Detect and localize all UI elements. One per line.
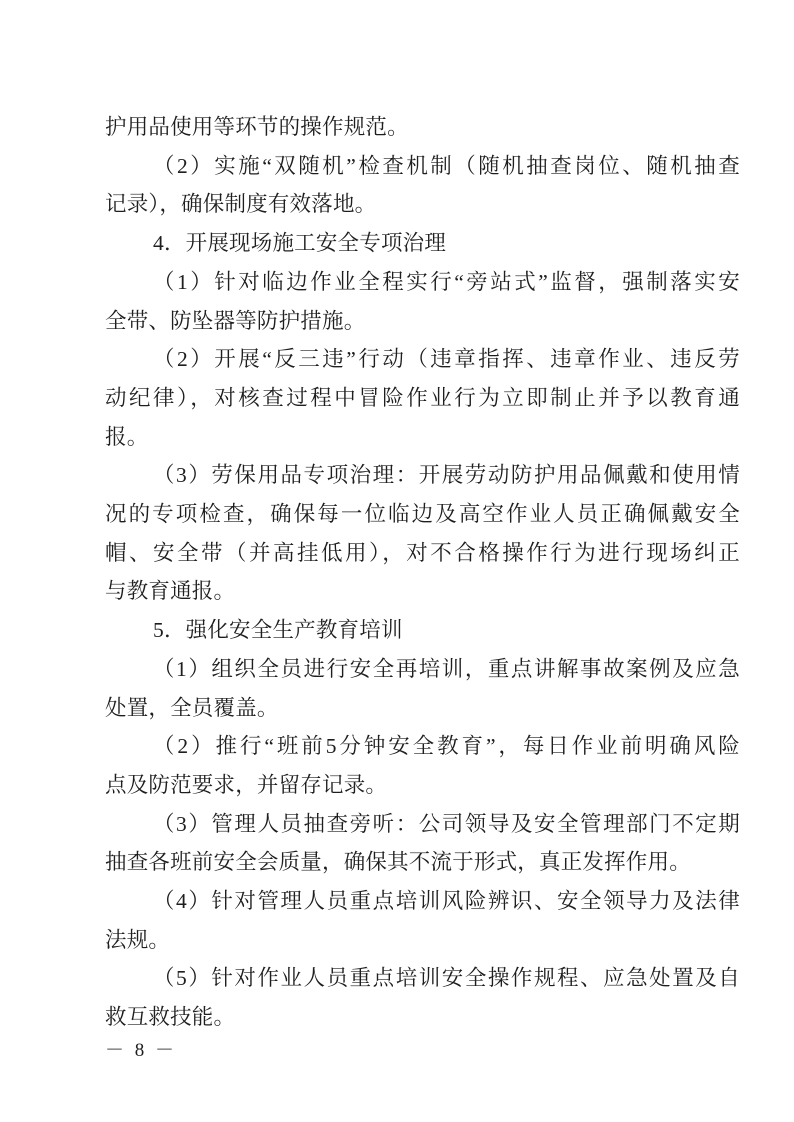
text-line: （4）针对管理人员重点培训风险辨识、安全领导力及法律 xyxy=(105,882,740,921)
text-line: 点及防范要求，并留存记录。 xyxy=(105,766,740,805)
page-number: － 8 － xyxy=(105,1038,177,1064)
text-line: 全带、防坠器等防护措施。 xyxy=(105,302,740,341)
text-line: 抽查各班前安全会质量，确保其不流于形式，真正发挥作用。 xyxy=(105,843,740,882)
document-page: 护用品使用等环节的操作规范。（2）实施“双随机”检查机制（随机抽查岗位、随机抽查… xyxy=(0,0,794,1122)
text-line: （3）劳保用品专项治理：开展劳动防护用品佩戴和使用情 xyxy=(105,456,740,495)
text-line: 法规。 xyxy=(105,921,740,960)
text-line: （1）针对临边作业全程实行“旁站式”监督，强制落实安 xyxy=(105,263,740,302)
text-line: 与教育通报。 xyxy=(105,572,740,611)
text-line: （2）推行“班前5分钟安全教育”，每日作业前明确风险 xyxy=(105,727,740,766)
body-text-block: 护用品使用等环节的操作规范。（2）实施“双随机”检查机制（随机抽查岗位、随机抽查… xyxy=(105,108,740,1037)
text-line: 救互救技能。 xyxy=(105,998,740,1037)
text-line: （1）组织全员进行安全再培训，重点讲解事故案例及应急 xyxy=(105,650,740,689)
text-line: 记录），确保制度有效落地。 xyxy=(105,185,740,224)
text-line: 4．开展现场施工安全专项治理 xyxy=(105,224,740,263)
text-line: 况的专项检查，确保每一位临边及高空作业人员正确佩戴安全 xyxy=(105,495,740,534)
text-line: 帽、安全带（并高挂低用），对不合格操作行为进行现场纠正 xyxy=(105,534,740,573)
text-line: 报。 xyxy=(105,418,740,457)
text-line: （3）管理人员抽查旁听：公司领导及安全管理部门不定期 xyxy=(105,805,740,844)
text-line: （5）针对作业人员重点培训安全操作规程、应急处置及自 xyxy=(105,959,740,998)
text-line: （2）开展“反三违”行动（违章指挥、违章作业、违反劳 xyxy=(105,340,740,379)
text-line: 护用品使用等环节的操作规范。 xyxy=(105,108,740,147)
text-line: 5．强化安全生产教育培训 xyxy=(105,611,740,650)
text-line: （2）实施“双随机”检查机制（随机抽查岗位、随机抽查 xyxy=(105,147,740,186)
text-line: 处置，全员覆盖。 xyxy=(105,689,740,728)
text-line: 动纪律），对核查过程中冒险作业行为立即制止并予以教育通 xyxy=(105,379,740,418)
